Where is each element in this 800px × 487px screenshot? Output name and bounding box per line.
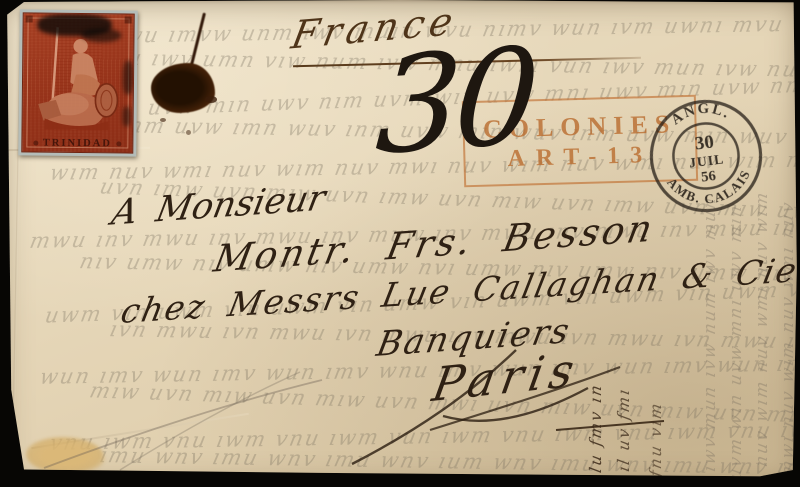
show-through-column: nuv wım nuv wmı nuv wım — [752, 189, 772, 468]
datestamp-year: 56 — [700, 168, 717, 186]
ink-blot — [151, 63, 215, 113]
ink-speck — [160, 118, 166, 122]
show-through-column: ıwv mun ıvw num ıwv mun — [700, 194, 720, 473]
britannia-stamp-design: TRINIDAD — [21, 12, 134, 153]
docket-script: ıfnu vım — [646, 400, 665, 485]
datestamp-day: 30 — [694, 132, 715, 155]
show-through-row: ımu wnv ımu wnv ımu wnv ıum wnv ımu wnv … — [97, 443, 800, 481]
stamp-cancellation — [123, 60, 133, 94]
show-through-column: uvm wın uvw mnı uwv mın — [726, 202, 746, 481]
stamp-cancellation — [123, 106, 131, 126]
stamp-cancellation — [81, 28, 121, 42]
calais-datestamp: ANGL. AMB. CALAIS 30 JUIL 56 — [636, 86, 776, 226]
datestamp-month: JUIL — [688, 151, 725, 170]
photo-of-postal-cover: uıvm nwu ımvw unm ıwv muın wvu nımv wun … — [0, 0, 800, 487]
ink-speck — [186, 130, 191, 135]
trinidad-stamp: TRINIDAD — [18, 9, 138, 156]
docket-script: ılu fmv ın — [586, 382, 605, 482]
letter-paper: uıvm nwu ımvw unm ıwv muın wvu nımv wun … — [0, 0, 800, 487]
stamp-country-label: TRINIDAD — [43, 138, 112, 150]
docket-script: ıl uv fmı — [614, 386, 633, 473]
rate-marking-30: 30 — [373, 30, 538, 174]
paper-stain — [26, 437, 104, 473]
show-through-column: mwı nuv wım nuv wmı nuv — [778, 199, 798, 478]
ink-speck — [205, 96, 217, 103]
stamp-country-band: TRINIDAD — [22, 137, 132, 149]
stamp-ornament-dot — [116, 141, 121, 146]
stamp-ornament-dot — [34, 141, 39, 146]
